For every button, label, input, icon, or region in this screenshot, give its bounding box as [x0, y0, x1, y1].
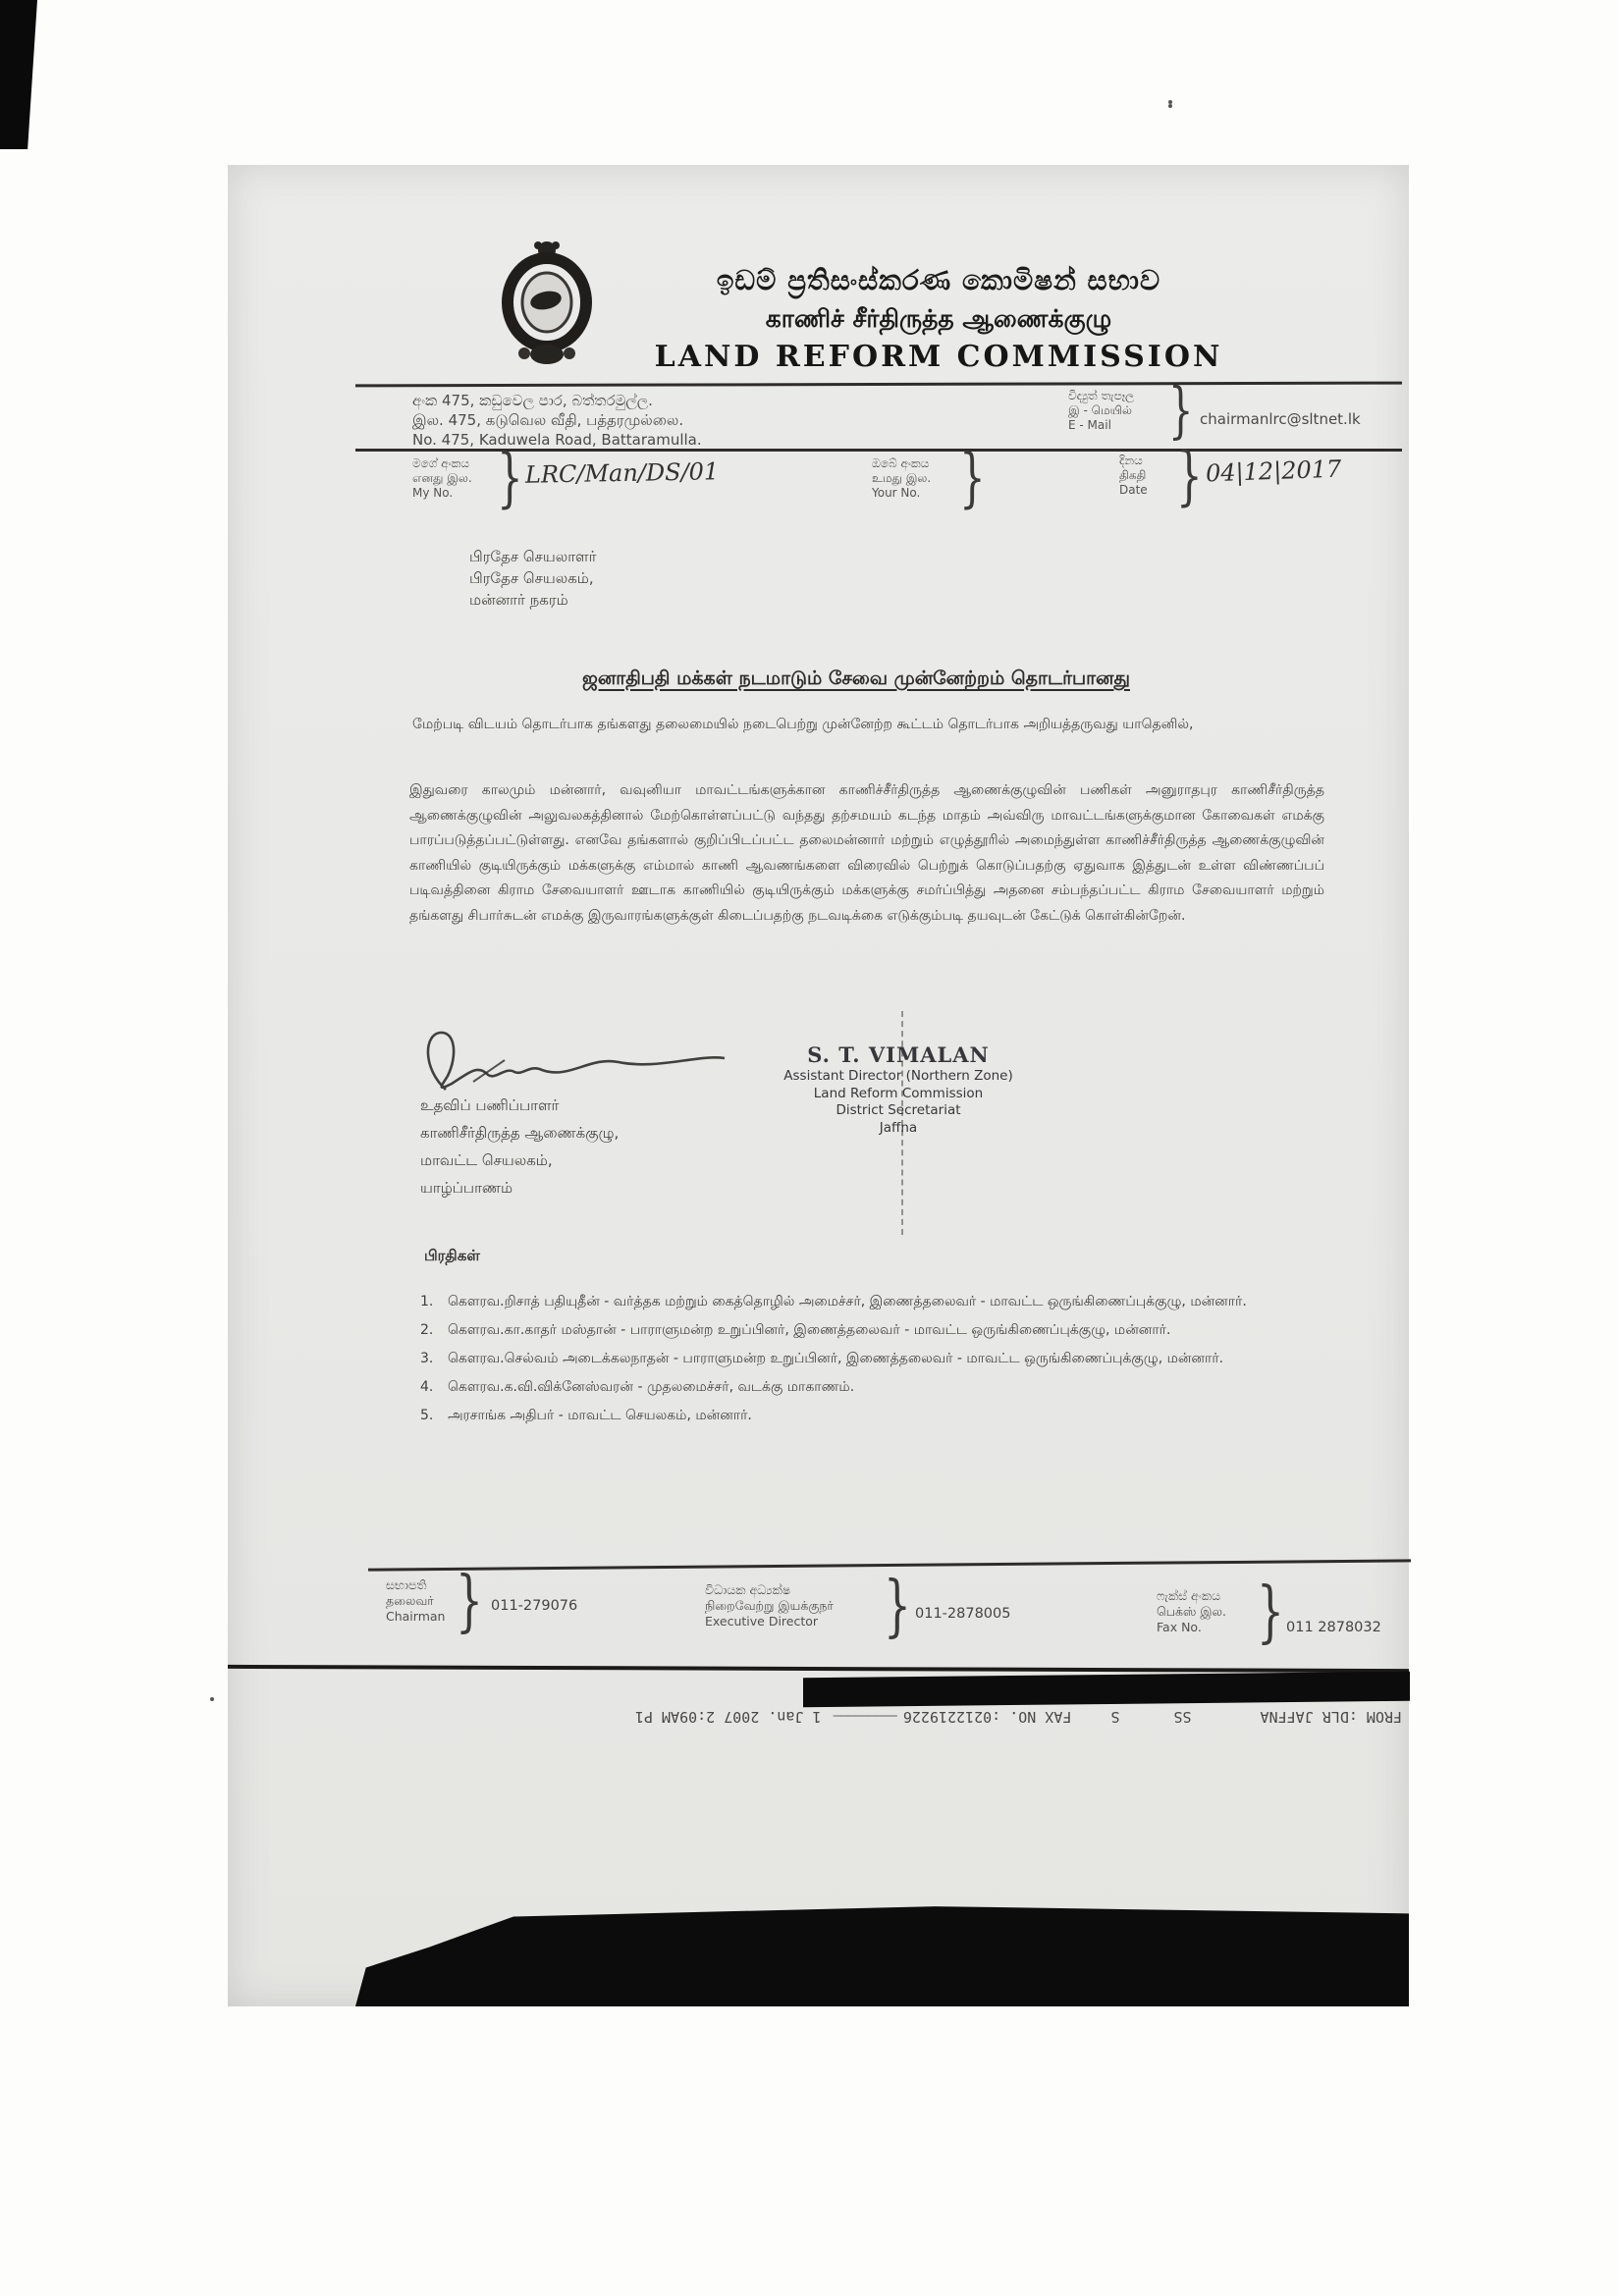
- my-no-label-sinhala: මගේ අංකය: [412, 456, 472, 471]
- copies-list: 1. கௌரவ.றிசாத் பதியுதீன் - வர்த்தக மற்று…: [420, 1288, 1343, 1430]
- executive-director-label-english: Executive Director: [705, 1614, 834, 1629]
- divider-rule-top: [355, 382, 1402, 388]
- chairman-label-tamil: தலைவர்: [386, 1593, 445, 1609]
- scanned-letter: ඉඩම් ප්‍රතිසංස්කරණ කොමිෂන් සභාව காணிச் ச…: [0, 0, 1618, 2296]
- signatory-place-tamil: யாழ்ப்பாணம்: [420, 1174, 619, 1201]
- chairman-brace: }: [456, 1563, 483, 1640]
- subject-line-wrap: ஜனாதிபதி மக்கள் நடமாடும் சேவை முன்னேற்றம…: [404, 667, 1308, 692]
- fax-label-sinhala: ෆැක්ස් අංකය: [1157, 1588, 1226, 1604]
- my-no-label-english: My No.: [412, 486, 472, 501]
- recipient-line-2: பிரதேச செயலகம்,: [469, 567, 596, 589]
- copies-item-number: 3.: [420, 1345, 440, 1373]
- chairman-label-block: සභාපති தலைவர் Chairman: [386, 1577, 445, 1625]
- copies-item-text: கௌரவ.செல்வம் அடைக்கலநாதன் - பாராளுமன்ற உ…: [448, 1345, 1223, 1373]
- address-english: No. 475, Kaduwela Road, Battaramulla.: [412, 430, 702, 450]
- recipient-line-3: மன்னார் நகரம்: [469, 589, 596, 611]
- executive-director-label-sinhala: විධායක අධ්‍යක්ෂ: [705, 1582, 834, 1598]
- email-brace: }: [1168, 376, 1193, 446]
- fax-mark-s: S: [1110, 1708, 1119, 1726]
- copies-item: 3. கௌரவ.செல்வம் அடைக்கலநாதன் - பாராளுமன்…: [420, 1345, 1343, 1373]
- copies-item: 5. அரசாங்க அதிபர் - மாவட்ட செயலகம், மன்ன…: [420, 1402, 1343, 1430]
- my-no-label-block: මගේ අංකය எனது இல. My No.: [412, 456, 472, 501]
- letterhead-title-sinhala: ඉඩම් ප්‍රතිසංස්කරණ කොමිෂන් සභාව: [646, 261, 1231, 300]
- body-paragraph-2: இதுவரை காலமும் மன்னார், வவுனியா மாவட்டங்…: [409, 778, 1324, 929]
- date-value: 04|12|2017: [1206, 455, 1342, 488]
- fax-datetime: 1 Jan. 2007 2:09AM P1: [635, 1708, 822, 1726]
- address-sinhala: අංක 475, කඩුවෙල පාර, බත්තරමුල්ල.: [412, 391, 702, 410]
- email-label-block: විද්‍යුත් තැපෑල இ - மெயில் E - Mail: [1068, 389, 1134, 433]
- scan-speck: [1168, 104, 1172, 108]
- subject-line: ஜனாதிபதி மக்கள் நடமாடும் சேவை முன்னேற்றம…: [582, 667, 1130, 689]
- copies-item-text: கௌரவ.க.வி.விக்னேஸ்வரன் - முதலமைச்சர், வட…: [448, 1373, 854, 1402]
- letterhead-title-tamil: காணிச் சீர்திருத்த ஆணைக்குழு: [646, 300, 1231, 338]
- scan-artifact-black-area: [355, 1904, 1409, 2006]
- scan-edge-artifact-top-left: [0, 0, 37, 149]
- signatory-place: Jaffna: [727, 1120, 1070, 1138]
- signatory-org-tamil: காணிசீர்திருத்த ஆணைக்குழு,: [420, 1119, 619, 1147]
- fax-label-tamil: பெக்ஸ் இல.: [1157, 1604, 1226, 1620]
- date-label-english: Date: [1119, 483, 1148, 498]
- your-no-brace: }: [959, 441, 986, 515]
- copies-heading: பிரதிகள்: [424, 1247, 480, 1266]
- signatory-title: Assistant Director (Northern Zone): [727, 1068, 1070, 1086]
- copies-item-number: 4.: [420, 1373, 440, 1402]
- executive-director-label-block: විධායක අධ්‍යක්ෂ நிறைவேற்று இயக்குநர் Exe…: [705, 1582, 834, 1629]
- date-label-sinhala: දිනය: [1119, 454, 1148, 468]
- your-no-label-english: Your No.: [872, 486, 931, 501]
- copies-item-number: 1.: [420, 1288, 440, 1316]
- fax-mark-ss: SS: [1173, 1708, 1191, 1726]
- date-label-tamil: திகதி: [1119, 468, 1148, 483]
- your-no-label-block: ඔබේ අංකය உமது இல. Your No.: [872, 456, 931, 501]
- email-label-tamil: இ - மெயில்: [1068, 403, 1134, 418]
- my-no-brace: }: [497, 441, 523, 515]
- signatory-office-tamil: மாவட்ட செயலகம்,: [420, 1147, 619, 1174]
- signatory-organisation: Land Reform Commission: [727, 1086, 1070, 1103]
- scan-speck: [1168, 100, 1172, 104]
- recipient-block: பிரதேச செயலாளர் பிரதேச செயலகம், மன்னார் …: [469, 546, 596, 611]
- address-block: අංක 475, කඩුවෙල පාර, බත්තරමුල්ල. இல. 475…: [412, 391, 702, 450]
- my-no-value: LRC/Man/DS/01: [525, 457, 720, 488]
- signatory-office: District Secretariat: [727, 1102, 1070, 1120]
- copies-item: 1. கௌரவ.றிசாத் பதியுதீன் - வர்த்தக மற்று…: [420, 1288, 1343, 1316]
- letterhead: ඉඩම් ප්‍රතිසංස්කරණ කොමිෂන් සභාව காணிச் ச…: [646, 261, 1231, 377]
- copies-item-number: 5.: [420, 1402, 440, 1430]
- recipient-line-1: பிரதேச செயலாளர்: [469, 546, 596, 567]
- chairman-label-english: Chairman: [386, 1609, 445, 1625]
- signatory-block-tamil: உதவிப் பணிப்பாளர் காணிசீர்திருத்த ஆணைக்க…: [420, 1092, 619, 1201]
- fax-dashes: —————————: [836, 1708, 897, 1726]
- fax-from: FROM :DLR JAFFNA: [1261, 1708, 1403, 1726]
- my-no-label-tamil: எனது இல.: [412, 471, 472, 486]
- signatory-name: S. T. VIMALAN: [727, 1042, 1070, 1068]
- copies-item-text: கௌரவ.கா.காதர் மஸ்தான் - பாராளுமன்ற உறுப்…: [448, 1316, 1170, 1345]
- copies-item-text: அரசாங்க அதிபர் - மாவட்ட செயலகம், மன்னார்…: [448, 1402, 752, 1430]
- chairman-phone-value: 011-279076: [491, 1598, 577, 1614]
- address-tamil: இல. 475, கடுவெல வீதி, பத்தரமுல்லை.: [412, 410, 702, 430]
- signatory-title-tamil: உதவிப் பணிப்பாளர்: [420, 1092, 619, 1119]
- page-bottom-edge: [228, 1665, 1409, 1673]
- fax-number-value: 011 2878032: [1286, 1620, 1381, 1635]
- copies-item-text: கௌரவ.றிசாத் பதியுதீன் - வர்த்தக மற்றும் …: [448, 1288, 1247, 1316]
- fax-brace: }: [1257, 1574, 1284, 1651]
- copies-item: 2. கௌரவ.கா.காதர் மஸ்தான் - பாராளுமன்ற உற…: [420, 1316, 1343, 1345]
- date-label-block: දිනය திகதி Date: [1119, 454, 1148, 498]
- fax-number: FAX NO. :0212219226: [903, 1708, 1072, 1726]
- email-value: chairmanlrc@sltnet.lk: [1200, 410, 1361, 428]
- executive-director-phone-value: 011-2878005: [915, 1606, 1011, 1622]
- your-no-label-tamil: உமது இல.: [872, 471, 931, 486]
- copies-item: 4. கௌரவ.க.வி.விக்னேஸ்வரன் - முதலமைச்சர்,…: [420, 1373, 1343, 1402]
- email-label-sinhala: විද්‍යුත් තැපෑල: [1068, 389, 1134, 403]
- copies-item-number: 2.: [420, 1316, 440, 1345]
- your-no-label-sinhala: ඔබේ අංකය: [872, 456, 931, 471]
- executive-director-label-tamil: நிறைவேற்று இயக்குநர்: [705, 1598, 834, 1614]
- date-brace: }: [1176, 439, 1203, 513]
- executive-director-brace: }: [884, 1568, 911, 1645]
- body-paragraph-1: மேற்படி விடயம் தொடர்பாக தங்களது தலைமையில…: [412, 713, 1314, 738]
- chairman-label-sinhala: සභාපති: [386, 1577, 445, 1593]
- scan-speck: [210, 1697, 214, 1701]
- handwritten-signature: [416, 1027, 730, 1097]
- letter-page: ඉඩම් ප්‍රතිසංස්කරණ කොමිෂන් සභාව காணிச் ச…: [228, 165, 1409, 2006]
- fax-label-block: ෆැක්ස් අංකය பெக்ஸ் இல. Fax No.: [1157, 1588, 1226, 1635]
- fax-label-english: Fax No.: [1157, 1620, 1226, 1635]
- letterhead-title-english: LAND REFORM COMMISSION: [646, 338, 1231, 377]
- sri-lanka-emblem-icon: [495, 238, 599, 367]
- email-label-english: E - Mail: [1068, 418, 1134, 433]
- signatory-stamp: S. T. VIMALAN Assistant Director (Northe…: [727, 1042, 1070, 1137]
